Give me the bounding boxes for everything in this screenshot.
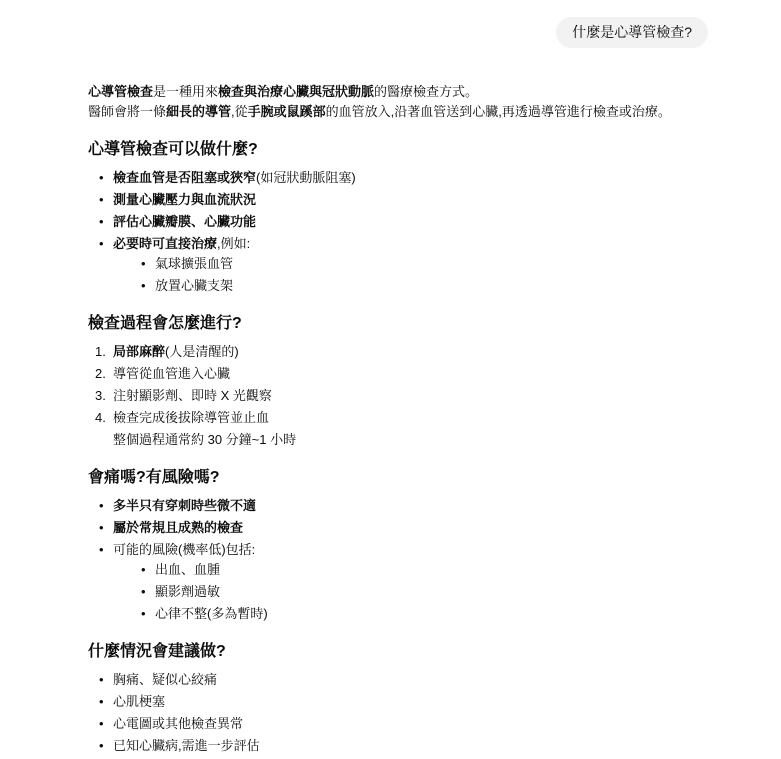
text: 是一種用來 <box>153 84 218 99</box>
sub-list-item: 心律不整(多為暫時) <box>141 604 708 624</box>
chat-conversation: 什麼是心導管檢查? 心導管檢查是一種用來檢查與治療心臟與冠狀動脈的醫療檢查方式。… <box>0 0 781 756</box>
text: 檢查完成後拔除導管並止血 <box>113 410 269 425</box>
note-line: 整個過程通常約 30 分鐘~1 小時 <box>113 430 708 450</box>
section-heading: 心導管檢查可以做什麼? <box>88 140 708 159</box>
list-item: 導管從血管進入心臟 <box>95 364 708 384</box>
text: 心電圖或其他檢查異常 <box>113 716 243 731</box>
intro-paragraph: 心導管檢查是一種用來檢查與治療心臟與冠狀動脈的醫療檢查方式。 <box>88 82 708 102</box>
bold-text: 檢查血管是否阻塞或狹窄 <box>113 170 256 185</box>
list-item: 心電圖或其他檢查異常 <box>99 714 708 734</box>
list-item: 心肌梗塞 <box>99 692 708 712</box>
list-item: 注射顯影劑、即時 X 光觀察 <box>95 386 708 406</box>
text: (如冠狀動脈阻塞) <box>256 170 356 185</box>
numbered-list: 局部麻醉(人是清醒的)導管從血管進入心臟注射顯影劑、即時 X 光觀察檢查完成後拔… <box>88 342 708 450</box>
list-item: 必要時可直接治療,例如:氣球擴張血管放置心臟支架 <box>99 234 708 296</box>
text: 注射顯影劑、即時 X 光觀察 <box>113 388 272 403</box>
bold-text: 屬於常規且成熟的檢查 <box>113 520 243 535</box>
list-item: 已知心臟病,需進一步評估 <box>99 736 708 756</box>
section-heading: 會痛嗎?有風險嗎? <box>88 468 708 487</box>
text: 導管從血管進入心臟 <box>113 366 230 381</box>
text: 放置心臟支架 <box>155 278 233 293</box>
text: 醫師會將一條 <box>88 104 166 119</box>
sub-bullet-list: 氣球擴張血管放置心臟支架 <box>113 254 708 296</box>
user-message-row: 什麼是心導管檢查? <box>88 17 708 48</box>
text: 出血、血腫 <box>155 562 220 577</box>
text: 顯影劑過敏 <box>155 584 220 599</box>
bold-text: 檢查與治療心臟與冠狀動脈 <box>218 84 374 99</box>
sub-list-item: 氣球擴張血管 <box>141 254 708 274</box>
list-item: 屬於常規且成熟的檢查 <box>99 518 708 538</box>
bold-text: 手腕或鼠蹊部 <box>248 104 326 119</box>
text: 氣球擴張血管 <box>155 256 233 271</box>
bold-text: 心導管檢查 <box>88 84 153 99</box>
list-item: 多半只有穿刺時些微不適 <box>99 496 708 516</box>
bold-text: 局部麻醉 <box>113 344 165 359</box>
text: 可能的風險(機率低)包括: <box>113 542 255 557</box>
bold-text: 多半只有穿刺時些微不適 <box>113 498 256 513</box>
text: 已知心臟病,需進一步評估 <box>113 738 260 753</box>
list-item: 胸痛、疑似心絞痛 <box>99 670 708 690</box>
assistant-message: 心導管檢查是一種用來檢查與治療心臟與冠狀動脈的醫療檢查方式。醫師會將一條細長的導… <box>88 82 708 756</box>
list-item: 檢查完成後拔除導管並止血整個過程通常約 30 分鐘~1 小時 <box>95 408 708 450</box>
text: 心肌梗塞 <box>113 694 165 709</box>
sub-list-item: 出血、血腫 <box>141 560 708 580</box>
section-heading: 檢查過程會怎麼進行? <box>88 314 708 333</box>
list-item: 可能的風險(機率低)包括:出血、血腫顯影劑過敏心律不整(多為暫時) <box>99 540 708 624</box>
text: 心律不整(多為暫時) <box>155 606 268 621</box>
list-item: 檢查血管是否阻塞或狹窄(如冠狀動脈阻塞) <box>99 168 708 188</box>
text: 胸痛、疑似心絞痛 <box>113 672 217 687</box>
intro-paragraph: 醫師會將一條細長的導管,從手腕或鼠蹊部的血管放入,沿著血管送到心臟,再透過導管進… <box>88 102 708 122</box>
sub-bullet-list: 出血、血腫顯影劑過敏心律不整(多為暫時) <box>113 560 708 624</box>
bold-text: 評估心臟瓣膜、心臟功能 <box>113 214 256 229</box>
text: 的醫療檢查方式。 <box>374 84 478 99</box>
bullet-list: 胸痛、疑似心絞痛心肌梗塞心電圖或其他檢查異常已知心臟病,需進一步評估 <box>88 670 708 756</box>
list-item: 局部麻醉(人是清醒的) <box>95 342 708 362</box>
list-item: 評估心臟瓣膜、心臟功能 <box>99 212 708 232</box>
text: ,從 <box>231 104 248 119</box>
sub-list-item: 顯影劑過敏 <box>141 582 708 602</box>
list-item: 測量心臟壓力與血流狀況 <box>99 190 708 210</box>
bullet-list: 多半只有穿刺時些微不適屬於常規且成熟的檢查可能的風險(機率低)包括:出血、血腫顯… <box>88 496 708 624</box>
bold-text: 必要時可直接治療 <box>113 236 217 251</box>
text: (人是清醒的) <box>165 344 239 359</box>
bullet-list: 檢查血管是否阻塞或狹窄(如冠狀動脈阻塞)測量心臟壓力與血流狀況評估心臟瓣膜、心臟… <box>88 168 708 296</box>
bold-text: 細長的導管 <box>166 104 231 119</box>
text: 的血管放入,沿著血管送到心臟,再透過導管進行檢查或治療。 <box>326 104 671 119</box>
bold-text: 測量心臟壓力與血流狀況 <box>113 192 256 207</box>
text: ,例如: <box>217 236 250 251</box>
sub-list-item: 放置心臟支架 <box>141 276 708 296</box>
section-heading: 什麼情況會建議做? <box>88 642 708 661</box>
user-message-bubble: 什麼是心導管檢查? <box>556 17 708 48</box>
text: 整個過程通常約 30 分鐘~1 小時 <box>113 432 296 447</box>
